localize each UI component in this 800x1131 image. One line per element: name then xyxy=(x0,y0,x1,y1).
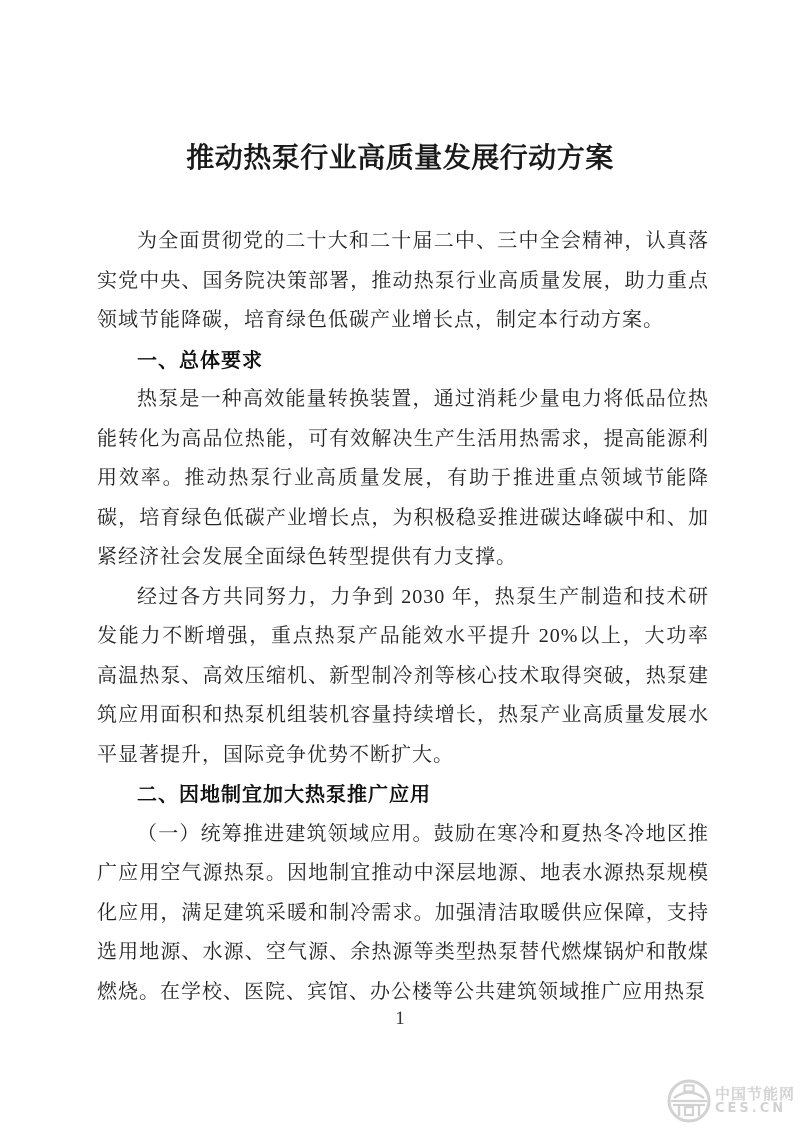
ces-logo-icon xyxy=(665,1077,713,1125)
intro-paragraph: 为全面贯彻党的二十大和二十届二中、三中全会精神，认真落实党中央、国务院决策部署，… xyxy=(97,222,709,341)
section-2-heading: 二、因地制宜加大热泵推广应用 xyxy=(97,775,709,815)
watermark-site-domain: CES.CN xyxy=(715,1102,795,1116)
document-page: 推动热泵行业高质量发展行动方案 为全面贯彻党的二十大和二十届二中、三中全会精神，… xyxy=(0,0,800,1131)
document-title: 推动热泵行业高质量发展行动方案 xyxy=(0,136,800,176)
section-1-paragraph-1: 热泵是一种高效能量转换装置，通过消耗少量电力将低品位热能转化为高品位热能，可有效… xyxy=(97,380,709,578)
clause-1-lead: （一）统筹推进建筑领域应用。 xyxy=(137,823,434,845)
section-1-paragraph-2: 经过各方共同努力，力争到 2030 年，热泵生产制造和技术研发能力不断增强，重点… xyxy=(97,578,709,776)
section-2-clause-1: （一）统筹推进建筑领域应用。鼓励在寒冷和夏热冬冷地区推广应用空气源热泵。因地制宜… xyxy=(97,815,709,1013)
page-number: 1 xyxy=(0,1008,800,1030)
site-watermark: 中国节能网 CES.CN xyxy=(665,1077,795,1125)
section-1-heading: 一、总体要求 xyxy=(97,341,709,381)
watermark-text: 中国节能网 CES.CN xyxy=(715,1086,795,1117)
clause-1-text: 鼓励在寒冷和夏热冬冷地区推广应用空气源热泵。因地制宜推动中深层地源、地表水源热泵… xyxy=(97,823,709,1003)
watermark-site-name: 中国节能网 xyxy=(715,1086,795,1103)
document-body: 为全面贯彻党的二十大和二十届二中、三中全会精神，认真落实党中央、国务院决策部署，… xyxy=(97,222,709,1012)
